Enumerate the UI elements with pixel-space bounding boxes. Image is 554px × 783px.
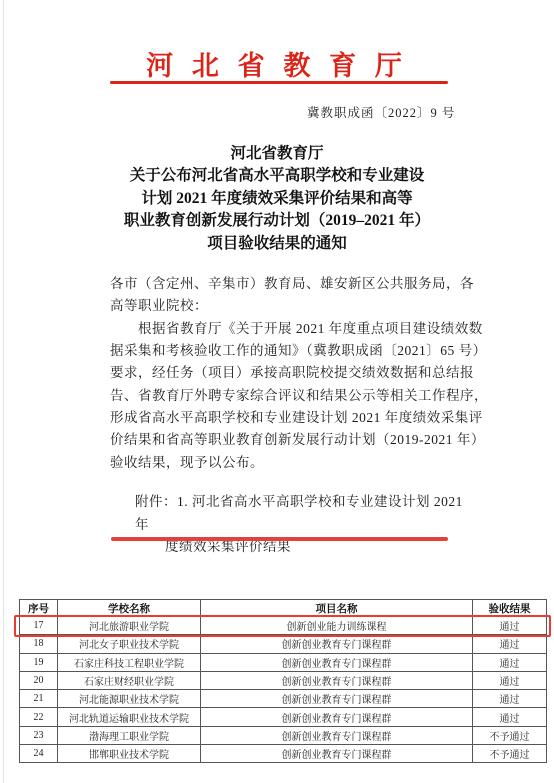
- cell-result: 通过: [473, 708, 547, 726]
- body-line: 据采集和考核验收工作的通知》（冀教职成函〔2021〕65 号）: [110, 340, 452, 362]
- results-table-body: 17 河北旅游职业学院 创新创业能力训练课程 通过 18 河北女子职业技术学院 …: [20, 617, 547, 763]
- cell-school: 渤海理工职业学院: [58, 726, 201, 744]
- table-row: 24 邯郸职业技术学院 创新创业教育专门课程群 不予通过: [20, 745, 547, 763]
- table-row: 21 河北能源职业技术学院 创新创业教育专门课程群 通过: [20, 690, 547, 708]
- body-line: 根据省教育厅《关于开展 2021 年度重点项目建设绩效数: [110, 318, 452, 340]
- cell-project: 创新创业能力训练课程: [201, 617, 473, 635]
- column-header-project: 项目名称: [201, 600, 473, 617]
- attachment-note: 附件：1. 河北省高水平高职学校和专业建设计划 2021 年 度绩效采集评价结果: [135, 491, 465, 559]
- body-line: 高等职业院校：: [110, 295, 452, 317]
- cell-result: 通过: [473, 671, 547, 689]
- results-table-wrap: 序号 学校名称 项目名称 验收结果 17 河北旅游职业学院 创新创业能力训练课程…: [19, 599, 546, 763]
- table-row: 20 石家庄财经职业学院 创新创业教育专门课程群 通过: [20, 671, 547, 689]
- attachment-line: 附件：1. 河北省高水平高职学校和专业建设计划 2021 年: [135, 491, 465, 536]
- doc-number: 冀教职成函〔2022〕9 号: [307, 103, 455, 121]
- cell-school: 邯郸职业技术学院: [58, 745, 201, 763]
- page-edge-line: [3, 0, 4, 783]
- notice-title-line: 关于公布河北省高水平高职学校和专业建设: [0, 165, 554, 187]
- cell-school: 河北旅游职业学院: [58, 617, 201, 635]
- results-table: 序号 学校名称 项目名称 验收结果 17 河北旅游职业学院 创新创业能力训练课程…: [19, 599, 547, 763]
- notice-title-line: 河北省教育厅: [0, 143, 554, 165]
- cell-school: 石家庄科技工程职业学院: [58, 653, 201, 671]
- notice-title-line: 项目验收结果的通知: [0, 233, 554, 255]
- table-row: 19 石家庄科技工程职业学院 创新创业教育专门课程群 通过: [20, 653, 547, 671]
- cell-result: 通过: [473, 635, 547, 653]
- cell-project: 创新创业教育专门课程群: [201, 708, 473, 726]
- cell-result: 通过: [473, 690, 547, 708]
- table-row: 23 渤海理工职业学院 创新创业教育专门课程群 不予通过: [20, 726, 547, 744]
- section-divider-line: [111, 537, 448, 541]
- cell-result: 不予通过: [473, 745, 547, 763]
- cell-result: 不予通过: [473, 726, 547, 744]
- letterhead-title: 河 北 省 教 育 厅: [0, 44, 554, 83]
- cell-project: 创新创业教育专门课程群: [201, 745, 473, 763]
- body-line: 要求，经任务（项目）承接高职院校提交绩效数据和总结报: [110, 362, 452, 384]
- notice-title: 河北省教育厅 关于公布河北省高水平高职学校和专业建设 计划 2021 年度绩效采…: [0, 143, 554, 255]
- cell-project: 创新创业教育专门课程群: [201, 726, 473, 744]
- table-row: 22 河北轨道运输职业技术学院 创新创业教育专门课程群 通过: [20, 708, 547, 726]
- cell-school: 河北女子职业技术学院: [58, 635, 201, 653]
- document-page: 河 北 省 教 育 厅 冀教职成函〔2022〕9 号 河北省教育厅 关于公布河北…: [0, 0, 554, 783]
- notice-title-line: 职业教育创新发展行动计划（2019–2021 年）: [0, 210, 554, 232]
- results-table-header: 序号 学校名称 项目名称 验收结果: [20, 600, 547, 617]
- cell-result: 通过: [473, 617, 547, 635]
- cell-project: 创新创业教育专门课程群: [201, 635, 473, 653]
- cell-school: 河北轨道运输职业技术学院: [58, 708, 201, 726]
- cell-no: 22: [20, 708, 58, 726]
- body-line: 形成省高水平高职学校和专业建设计划 2021 年度绩效采集评: [110, 407, 452, 429]
- cell-no: 20: [20, 671, 58, 689]
- body-line: 告、省教育厅外聘专家综合评议和结果公示等相关工作程序，: [110, 385, 452, 407]
- column-header-no: 序号: [20, 600, 58, 617]
- cell-project: 创新创业教育专门课程群: [201, 653, 473, 671]
- column-header-school: 学校名称: [58, 600, 201, 617]
- table-row: 17 河北旅游职业学院 创新创业能力训练课程 通过: [20, 617, 547, 635]
- letterhead-rule: [110, 81, 448, 84]
- cell-school: 河北能源职业技术学院: [58, 690, 201, 708]
- body-line: 各市（含定州、辛集市）教育局、雄安新区公共服务局，各: [110, 273, 452, 295]
- table-row: 18 河北女子职业技术学院 创新创业教育专门课程群 通过: [20, 635, 547, 653]
- cell-no: 19: [20, 653, 58, 671]
- body-text: 各市（含定州、辛集市）教育局、雄安新区公共服务局，各 高等职业院校： 根据省教育…: [110, 273, 452, 474]
- cell-no: 17: [20, 617, 58, 635]
- cell-school: 石家庄财经职业学院: [58, 671, 201, 689]
- header-row: 序号 学校名称 项目名称 验收结果: [20, 600, 547, 617]
- cell-no: 21: [20, 690, 58, 708]
- cell-no: 23: [20, 726, 58, 744]
- cell-project: 创新创业教育专门课程群: [201, 690, 473, 708]
- cell-result: 通过: [473, 653, 547, 671]
- body-line: 价结果和省高等职业教育创新发展行动计划（2019-2021 年）: [110, 429, 452, 451]
- body-line: 验收结果，现予以公布。: [110, 452, 452, 474]
- cell-no: 18: [20, 635, 58, 653]
- column-header-result: 验收结果: [473, 600, 547, 617]
- cell-project: 创新创业教育专门课程群: [201, 671, 473, 689]
- cell-no: 24: [20, 745, 58, 763]
- notice-title-line: 计划 2021 年度绩效采集评价结果和高等: [0, 188, 554, 210]
